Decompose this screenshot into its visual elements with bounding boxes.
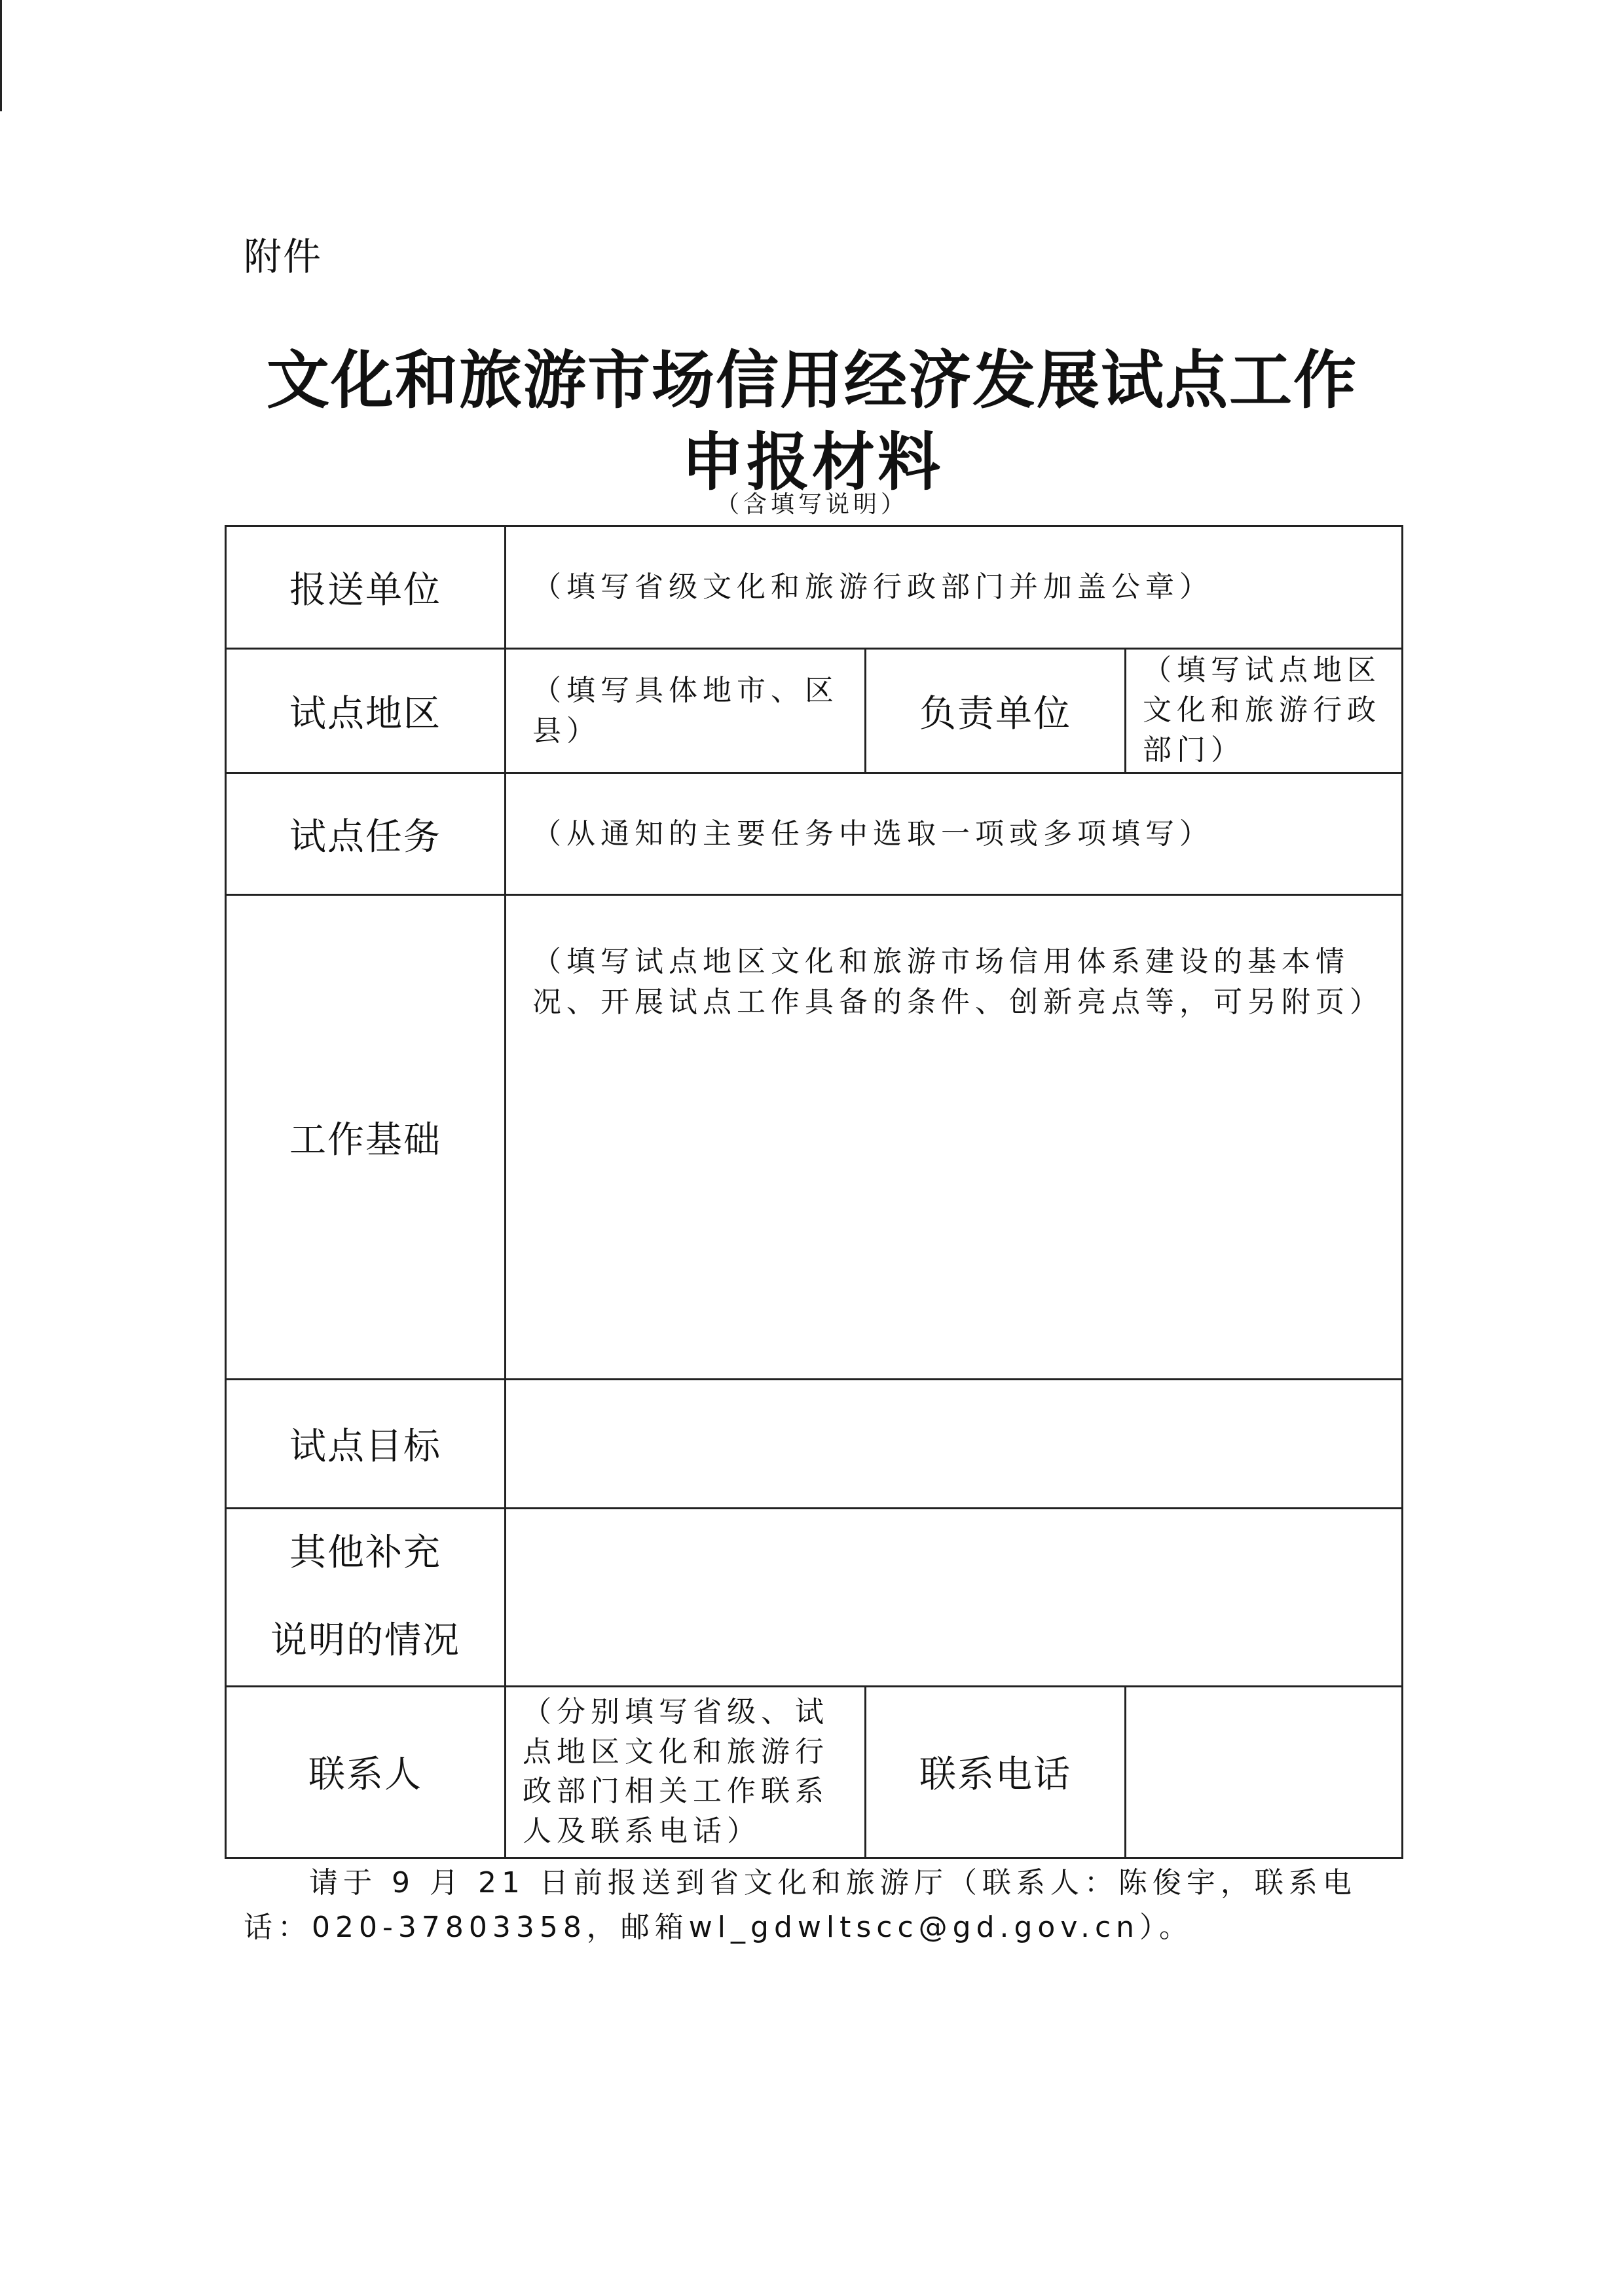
pilot-tasks-field[interactable]: （从通知的主要任务中选取一项或多项填写） xyxy=(506,773,1403,895)
row-pilot-tasks: 试点任务 （从通知的主要任务中选取一项或多项填写） xyxy=(226,773,1403,895)
application-form-table: 报送单位 （填写省级文化和旅游行政部门并加盖公章） 试点地区 （填写具体地市、区… xyxy=(225,525,1403,1859)
row-pilot-goals: 试点目标 xyxy=(226,1380,1403,1509)
contact-person-label: 联系人 xyxy=(226,1686,506,1858)
work-foundation-label: 工作基础 xyxy=(226,895,506,1380)
scan-edge-line xyxy=(0,0,2,111)
submission-note: 请于 9 月 21 日前报送到省文化和旅游厅（联系人：陈俊宇，联系电话：020-… xyxy=(244,1861,1403,1950)
contact-phone-label: 联系电话 xyxy=(866,1686,1126,1858)
other-notes-label: 其他补充 说明的情况 xyxy=(226,1509,506,1687)
contact-person-field[interactable]: （分别填写省级、试点地区文化和旅游行政部门相关工作联系人及联系电话） xyxy=(506,1686,866,1858)
pilot-tasks-label: 试点任务 xyxy=(226,773,506,895)
pilot-goals-field[interactable] xyxy=(506,1380,1403,1509)
attachment-label: 附件 xyxy=(244,226,322,281)
other-notes-label-line2: 说明的情况 xyxy=(227,1597,504,1685)
responsible-unit-label: 负责单位 xyxy=(866,649,1126,773)
pilot-region-label: 试点地区 xyxy=(226,649,506,773)
row-work-foundation: 工作基础 （填写试点地区文化和旅游市场信用体系建设的基本情况、开展试点工作具备的… xyxy=(226,895,1403,1380)
pilot-goals-label: 试点目标 xyxy=(226,1380,506,1509)
contact-phone-field[interactable] xyxy=(1126,1686,1403,1858)
submitting-unit-label: 报送单位 xyxy=(226,526,506,649)
document-subtitle: （含填写说明） xyxy=(0,486,1624,519)
other-notes-label-line1: 其他补充 xyxy=(227,1509,504,1597)
other-notes-field[interactable] xyxy=(506,1509,1403,1687)
row-submitting-unit: 报送单位 （填写省级文化和旅游行政部门并加盖公章） xyxy=(226,526,1403,649)
submitting-unit-field[interactable]: （填写省级文化和旅游行政部门并加盖公章） xyxy=(506,526,1403,649)
pilot-region-field[interactable]: （填写具体地市、区县） xyxy=(506,649,866,773)
responsible-unit-field[interactable]: （填写试点地区文化和旅游行政部门） xyxy=(1126,649,1403,773)
row-pilot-region: 试点地区 （填写具体地市、区县） 负责单位 （填写试点地区文化和旅游行政部门） xyxy=(226,649,1403,773)
document-title-line1: 文化和旅游市场信用经济发展试点工作 xyxy=(0,331,1624,420)
row-other-notes: 其他补充 说明的情况 xyxy=(226,1509,1403,1687)
row-contact: 联系人 （分别填写省级、试点地区文化和旅游行政部门相关工作联系人及联系电话） 联… xyxy=(226,1686,1403,1858)
work-foundation-field[interactable]: （填写试点地区文化和旅游市场信用体系建设的基本情况、开展试点工作具备的条件、创新… xyxy=(506,895,1403,1380)
